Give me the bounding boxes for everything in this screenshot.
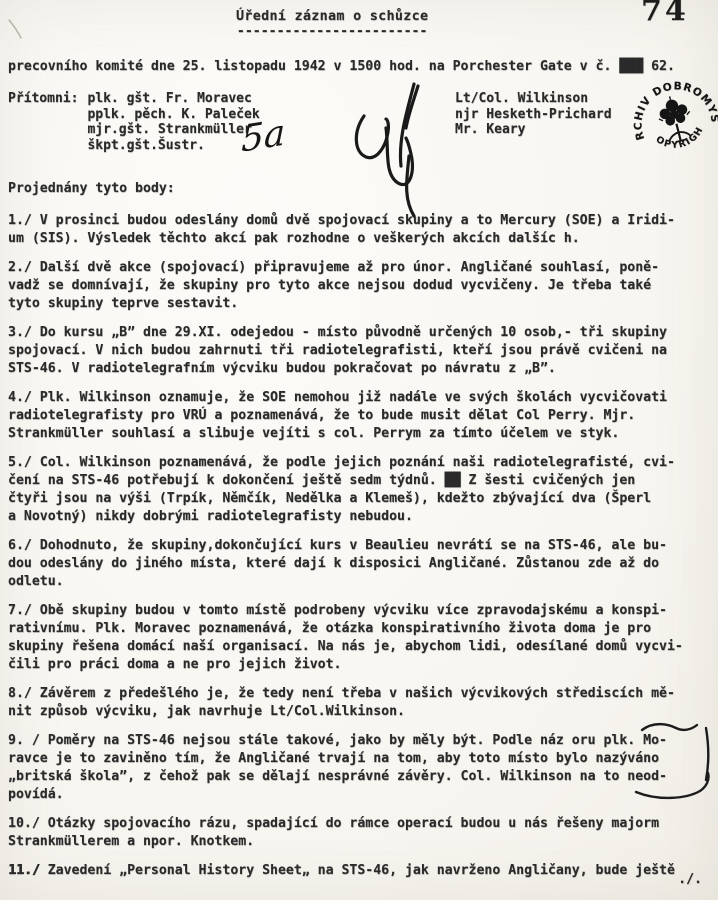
attendees-right-names: Lt/Col. Wilkinsonnjr Hesketh-PrichardMr.… — [455, 91, 612, 138]
intro-line: precovního komité dne 25. listopadu 1942… — [8, 58, 712, 76]
attendee-name: pplk. pěch. K. Paleček — [87, 107, 259, 123]
agenda-point: 7./ Obě skupiny budou v tomto místě podr… — [8, 602, 712, 674]
attendee-name: Mr. Keary — [455, 122, 612, 138]
agenda-point-number: 10./ — [8, 816, 40, 831]
attendee-name: njr Hesketh-Prichard — [455, 107, 612, 123]
agenda-point: 8./ Závěrem z předešlého je, že tedy nen… — [8, 685, 712, 721]
handwritten-margin-bracket — [634, 716, 718, 802]
title-underline: ------------------------ — [236, 23, 428, 41]
agenda-point-number: 1./ — [8, 213, 32, 228]
pencil-corner-mark-icon — [6, 16, 32, 42]
handwritten-note-5a: 5a — [241, 124, 285, 149]
agenda-point: 9. / Poměry na STS-46 nejsou stále takov… — [8, 732, 712, 804]
agenda-point-number: 11./ — [8, 863, 40, 878]
agenda-point-number: 9. / — [8, 733, 40, 748]
agenda-point-number: 8./ — [8, 686, 32, 701]
scanned-document-page: Úřední záznam o schůzce ----------------… — [0, 0, 718, 900]
attendee-name: mjr.gšt. Strankmüller — [87, 122, 259, 138]
attendee-name: Lt/Col. Wilkinson — [455, 91, 612, 107]
attendees-left-names: plk. gšt. Fr. Moravecpplk. pěch. K. Pale… — [87, 91, 259, 153]
agenda-point: 11./ Zavedení „Personal History Sheet„ n… — [8, 862, 712, 880]
agenda-point-number: 7./ — [8, 603, 32, 618]
agenda-point-number: 6./ — [8, 538, 32, 553]
agenda-point: 2./ Další dvě akce (spojovací) připravuj… — [8, 259, 712, 313]
attendees-label: Přítomni: — [8, 91, 78, 153]
agenda-point: 10./ Otázky spojovacího rázu, spadající … — [8, 815, 712, 851]
agenda-point-number: 4./ — [8, 390, 32, 405]
agenda-points: 1./ V prosinci budou odeslány domů dvě s… — [8, 212, 712, 880]
continuation-mark: ./. — [678, 871, 702, 889]
agenda-heading: Projednány tyto body: — [8, 180, 712, 198]
agenda-point: 1./ V prosinci budou odeslány domů dvě s… — [8, 212, 712, 248]
agenda-point-number: 2./ — [8, 260, 32, 275]
agenda-point: 4./ Plk. Wilkinson oznamuje, že SOE nemo… — [8, 389, 712, 443]
agenda-point: 5./ Col. Wilkinson poznamenává, že podle… — [8, 454, 712, 526]
attendee-name: škpt.gšt.Šustr. — [87, 138, 259, 154]
document-header: Úřední záznam o schůzce ----------------… — [236, 8, 428, 41]
agenda-point: 3./ Do kursu „B” dne 29.XI. odejedou - m… — [8, 324, 712, 378]
page-number: 74 — [641, 2, 689, 20]
agenda-point-number: 5./ — [8, 455, 32, 470]
agenda-point-number: 3./ — [8, 325, 32, 340]
attendee-name: plk. gšt. Fr. Moravec — [87, 91, 259, 107]
document-body: precovního komité dne 25. listopadu 1942… — [8, 58, 712, 880]
attendees-section: Přítomni: plk. gšt. Fr. Moravecpplk. pěc… — [8, 91, 712, 157]
agenda-point: 6./ Dohodnuto, že skupiny,dokončující ku… — [8, 537, 712, 591]
